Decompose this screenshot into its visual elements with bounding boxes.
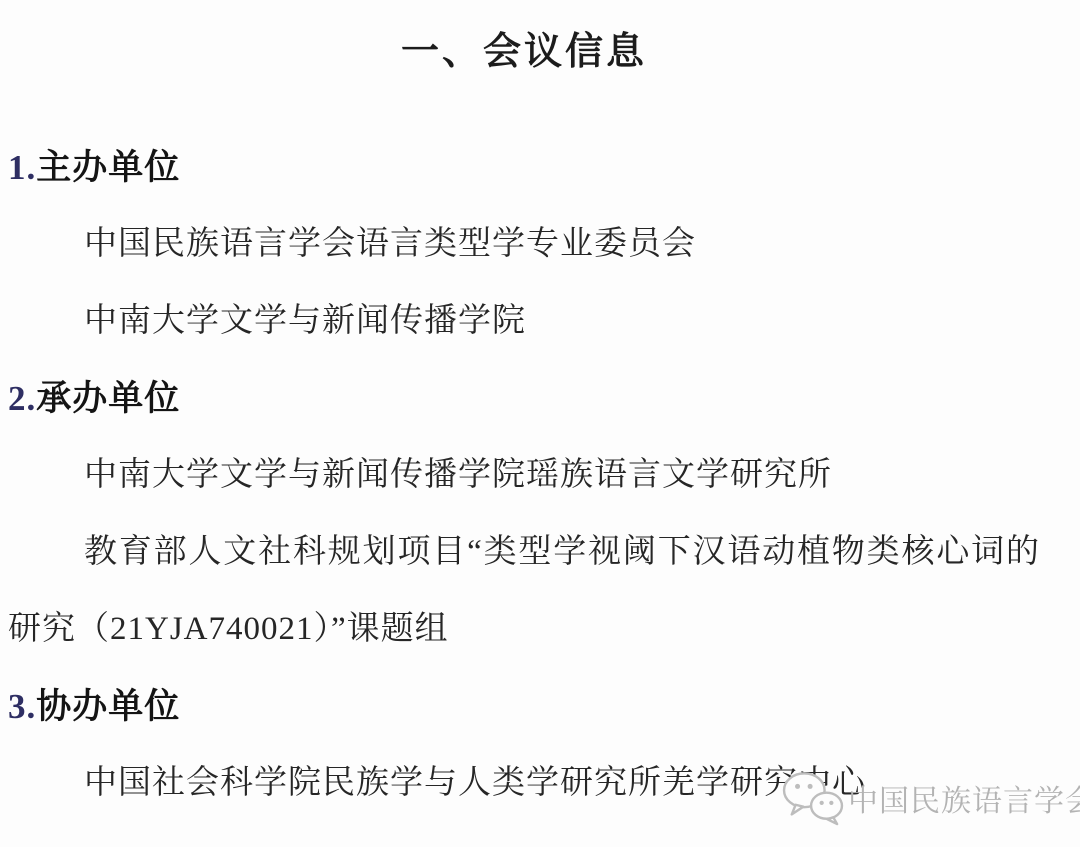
- org-line: 中南大学文学与新闻传播学院瑶族语言文学研究所: [8, 437, 1040, 514]
- section-heading-2: 2.承办单位: [8, 360, 1040, 437]
- page-title: 一、会议信息: [8, 30, 1040, 74]
- watermark: 中国民族语言学会: [782, 770, 1080, 826]
- document-body: 一、会议信息 1.主办单位 中国民族语言学会语言类型学专业委员会 中南大学文学与…: [0, 0, 1080, 822]
- document-page: 一、会议信息 1.主办单位 中国民族语言学会语言类型学专业委员会 中南大学文学与…: [0, 0, 1080, 847]
- document-content: 1.主办单位 中国民族语言学会语言类型学专业委员会 中南大学文学与新闻传播学院 …: [8, 129, 1040, 822]
- section-number: 3.: [8, 687, 36, 726]
- section-number: 2.: [8, 379, 36, 418]
- section-heading-1: 1.主办单位: [8, 129, 1040, 206]
- org-line: 中国民族语言学会语言类型学专业委员会: [8, 206, 1040, 283]
- section-heading-label: 承办单位: [36, 379, 180, 418]
- section-heading-3: 3.协办单位: [8, 668, 1040, 745]
- section-number: 1.: [8, 148, 36, 187]
- org-line-continuation: 研究（21YJA740021）”课题组: [8, 591, 1040, 668]
- watermark-account-name: 中国民族语言学会: [848, 776, 1080, 820]
- section-heading-label: 协办单位: [36, 687, 180, 726]
- org-line: 中南大学文学与新闻传播学院: [8, 283, 1040, 360]
- org-line: 教育部人文社科规划项目“类型学视阈下汉语动植物类核心词的: [8, 514, 1040, 591]
- section-heading-label: 主办单位: [36, 148, 180, 187]
- wechat-icon: [782, 770, 844, 826]
